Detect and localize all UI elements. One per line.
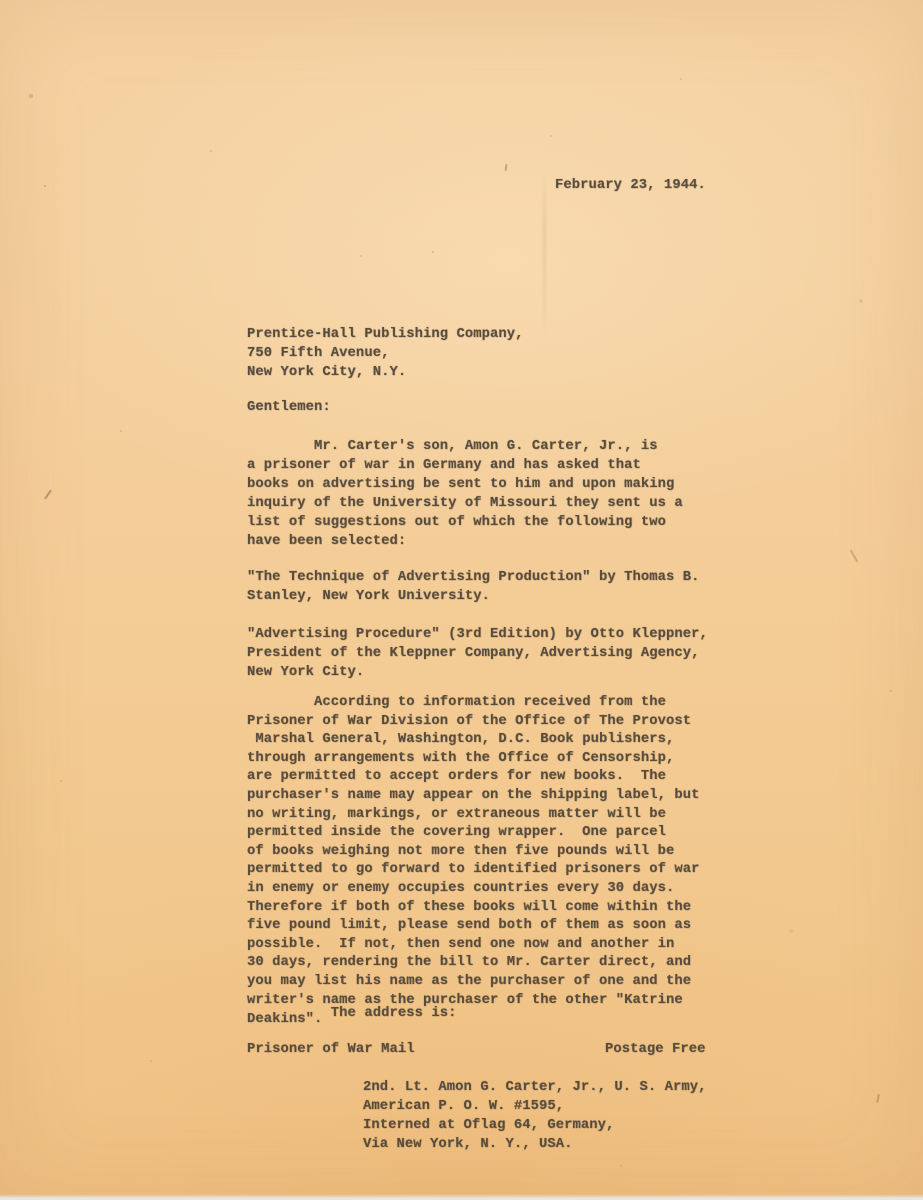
address-is-text: The address is:: [331, 1006, 457, 1021]
scanner-edge: [0, 1194, 923, 1200]
book-title-1: "The Technique of Advertising Production…: [247, 568, 700, 606]
paragraph-closing-line: Deakins". The address is:: [247, 1010, 457, 1029]
letter-date: February 23, 1944.: [555, 176, 706, 195]
pencil-mark: [505, 164, 508, 171]
deakins-text: Deakins".: [247, 1012, 331, 1027]
paper-crease: [543, 170, 546, 340]
pencil-mark: [432, 251, 434, 253]
scanned-letter-page: February 23, 1944. Prentice-Hall Publish…: [0, 0, 923, 1200]
paper-texture-speckles: [0, 0, 2, 2]
pencil-mark: [44, 489, 52, 499]
paragraph-shipping-rules: According to information received from t…: [247, 694, 700, 1010]
pencil-mark: [876, 1094, 880, 1103]
salutation: Gentlemen:: [247, 398, 331, 417]
book-title-2: "Advertising Procedure" (3rd Edition) by…: [247, 625, 708, 682]
paragraph-introduction: Mr. Carter's son, Amon G. Carter, Jr., i…: [247, 437, 683, 551]
postage-free-label: Postage Free: [605, 1040, 706, 1059]
pencil-mark: [850, 549, 859, 562]
pow-mailing-address-block: 2nd. Lt. Amon G. Carter, Jr., U. S. Army…: [363, 1078, 707, 1154]
recipient-address-block: Prentice-Hall Publishing Company, 750 Fi…: [247, 325, 524, 382]
prisoner-of-war-mail-label: Prisoner of War Mail: [247, 1040, 415, 1059]
